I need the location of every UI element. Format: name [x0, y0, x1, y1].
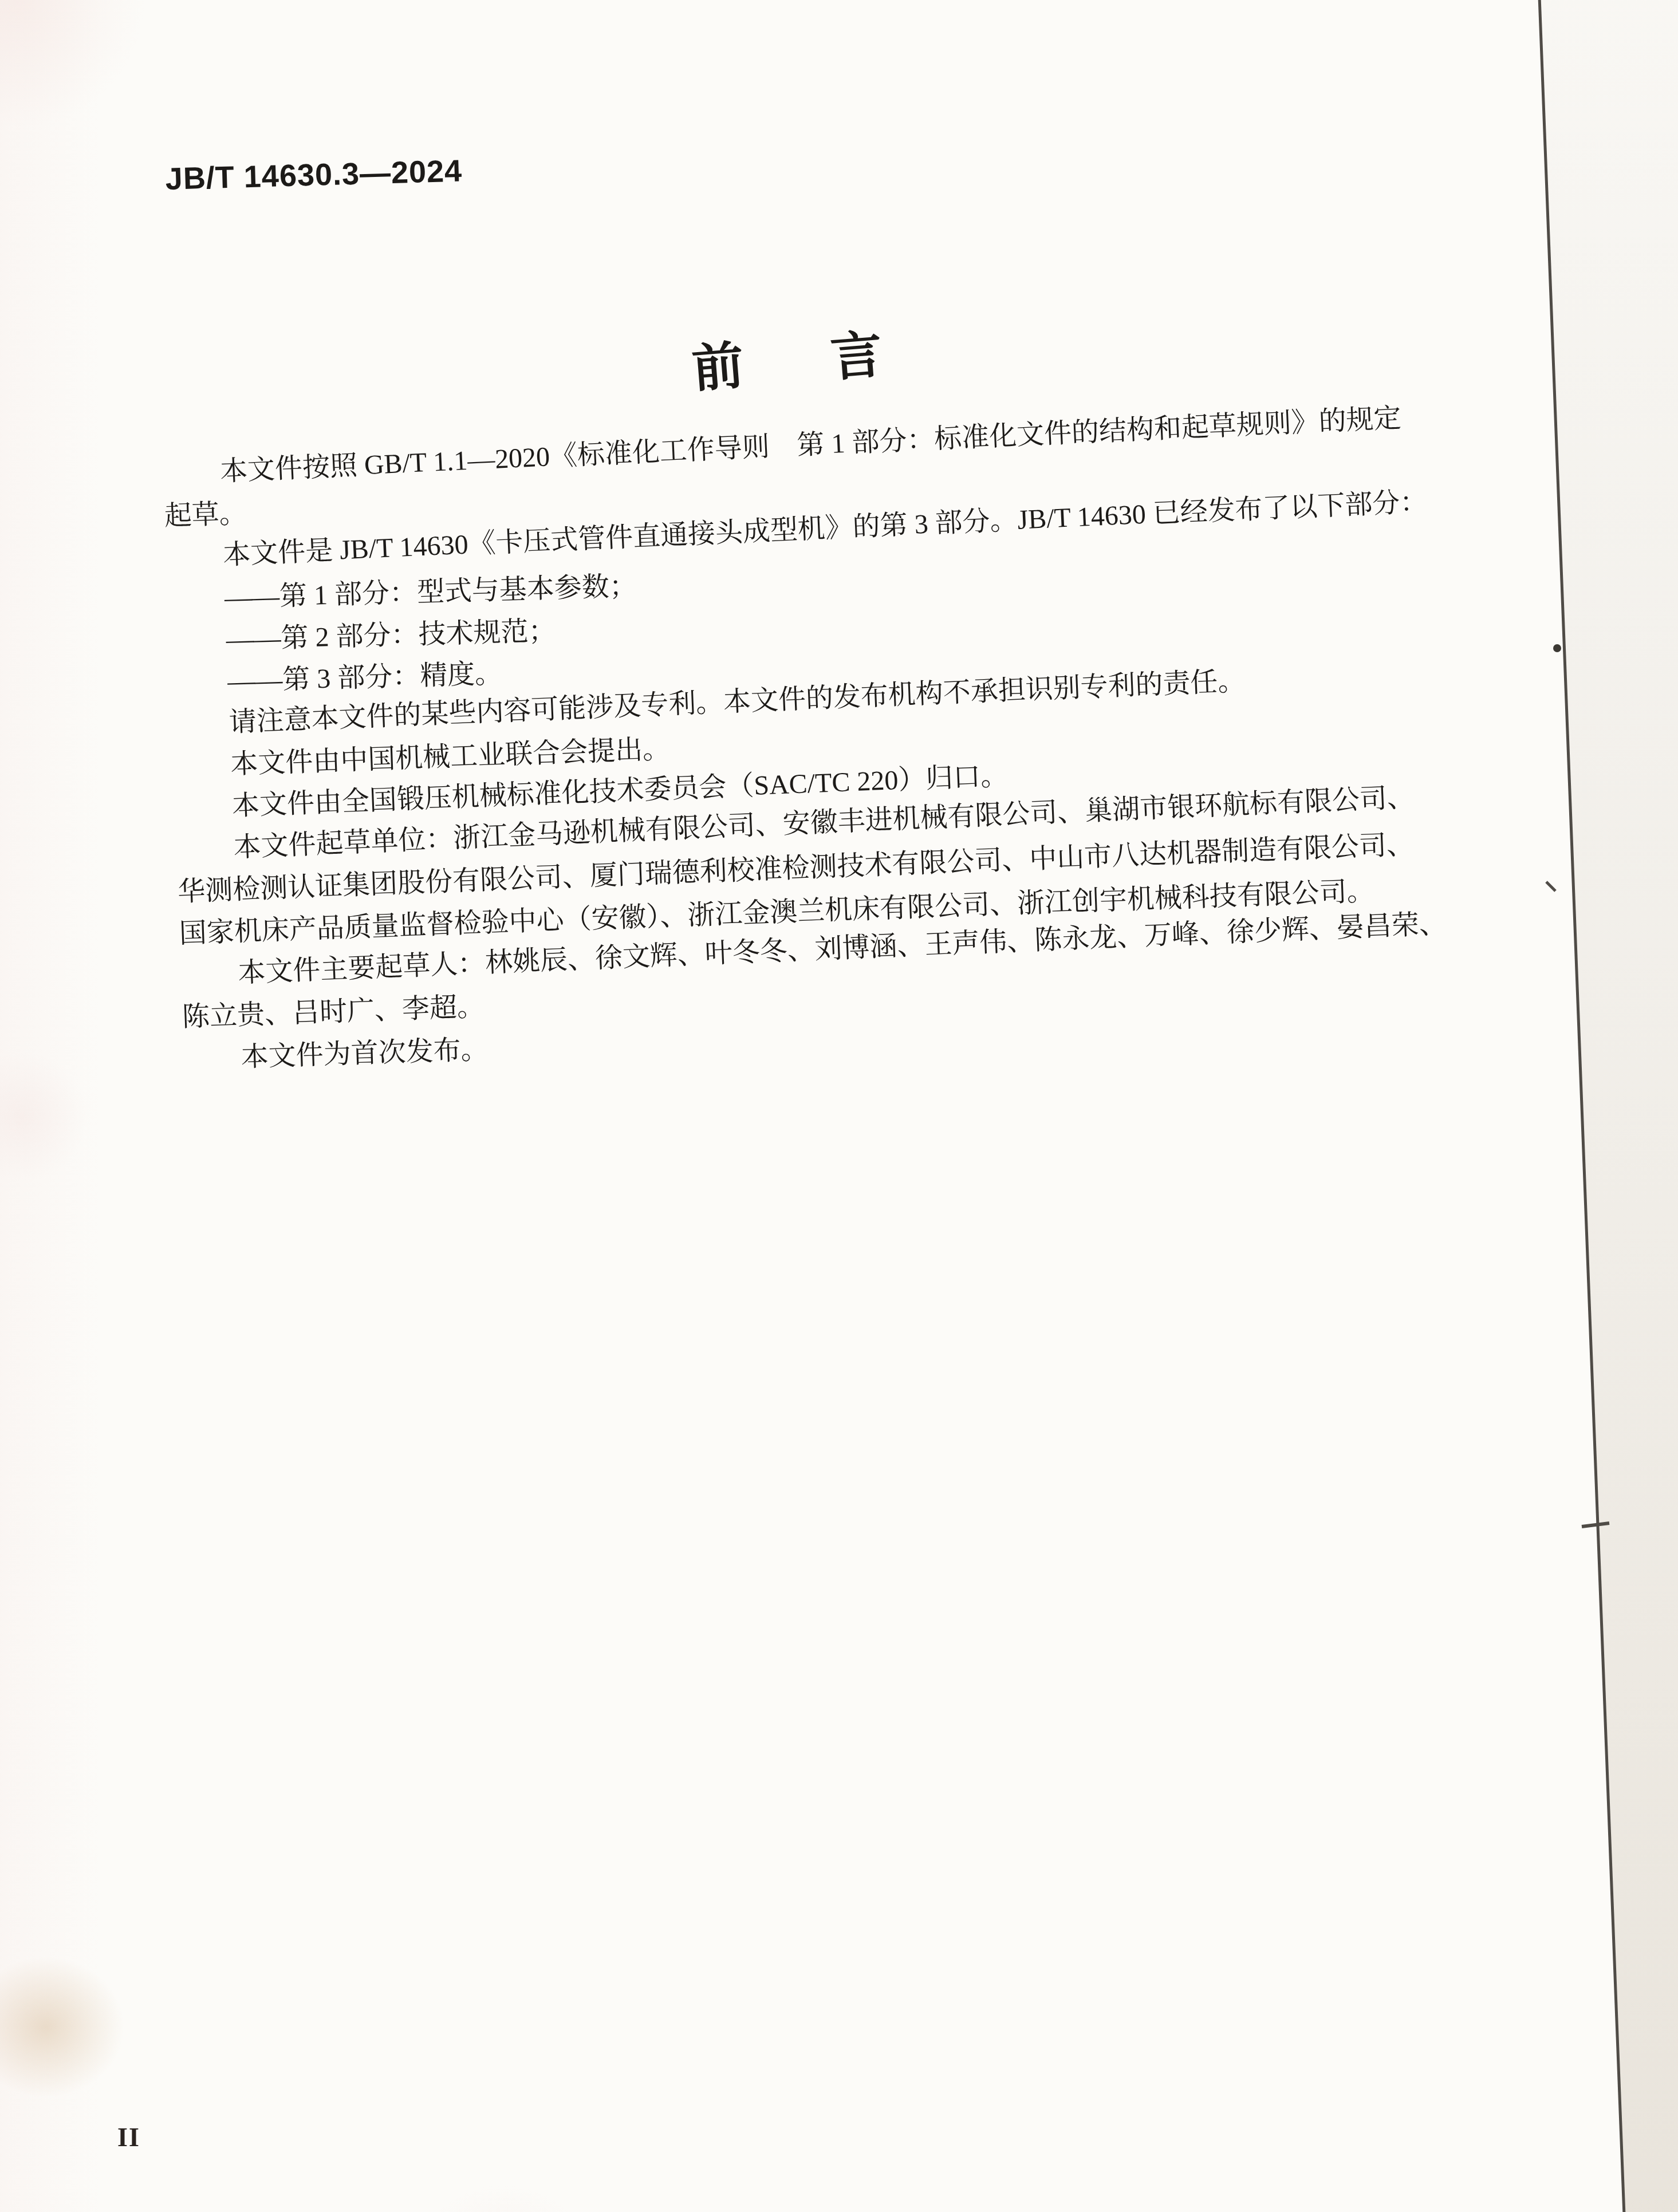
scanner-background-strip [1539, 0, 1678, 2212]
scan-tick-small [1546, 882, 1555, 891]
scan-speck [1553, 644, 1561, 652]
page-number: II [117, 2122, 140, 2152]
scanned-document-page: JB/T 14630.3—2024 前言 本文件按照 GB/T 1.1—2020… [0, 0, 1678, 2212]
foreword-body: 本文件按照 GB/T 1.1—2020《标准化工作导则 第 1 部分：标准化文件… [162, 406, 1512, 1080]
